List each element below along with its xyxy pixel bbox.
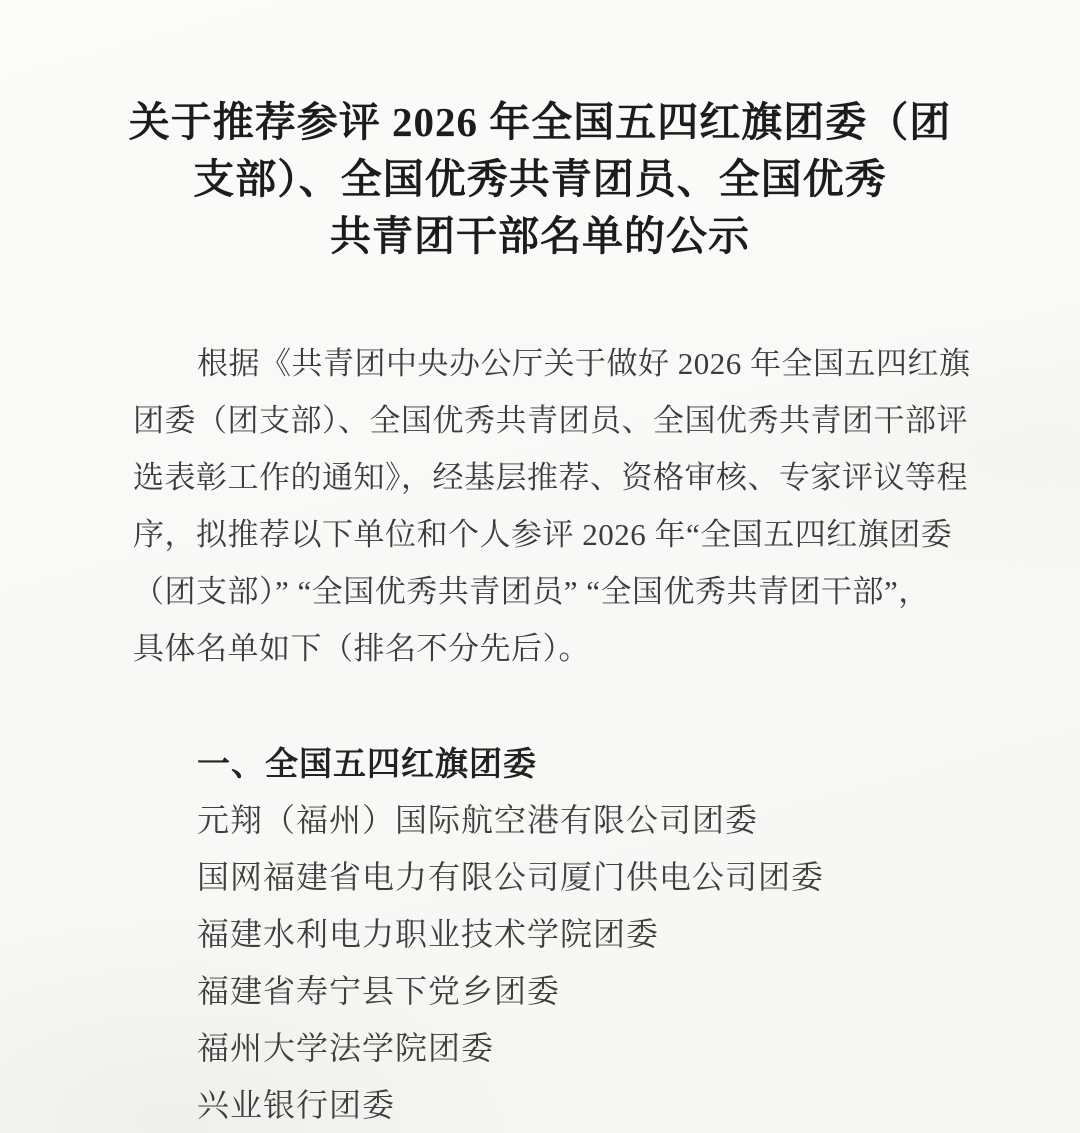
intro-paragraph-line-4: 序，拟推荐以下单位和个人参评 2026 年“全国五四红旗团委 bbox=[133, 506, 990, 563]
award-recipient-list: 元翔（福州）国际航空港有限公司团委 国网福建省电力有限公司厦门供电公司团委 福建… bbox=[133, 792, 990, 1133]
intro-paragraph-line-3: 选表彰工作的通知》，经基层推荐、资格审核、专家评议等程 bbox=[133, 449, 990, 506]
intro-paragraph: 根据《共青团中央办公厅关于做好 2026 年全国五四红旗 团委（团支部）、全国优… bbox=[133, 335, 990, 677]
list-item: 元翔（福州）国际航空港有限公司团委 bbox=[197, 792, 990, 849]
scanned-document-page: 关于推荐参评 2026 年全国五四红旗团委（团 支部）、全国优秀共青团员、全国优… bbox=[0, 0, 1080, 1133]
document-title: 关于推荐参评 2026 年全国五四红旗团委（团 支部）、全国优秀共青团员、全国优… bbox=[0, 0, 1080, 265]
intro-paragraph-line-1: 根据《共青团中央办公厅关于做好 2026 年全国五四红旗 bbox=[133, 335, 990, 392]
list-item: 福建省寿宁县下党乡团委 bbox=[197, 963, 990, 1020]
list-item: 福建水利电力职业技术学院团委 bbox=[197, 906, 990, 963]
document-title-line-1: 关于推荐参评 2026 年全国五四红旗团委（团 bbox=[0, 94, 1080, 151]
list-item: 国网福建省电力有限公司厦门供电公司团委 bbox=[197, 849, 990, 906]
list-item: 福州大学法学院团委 bbox=[197, 1020, 990, 1077]
intro-paragraph-line-2: 团委（团支部）、全国优秀共青团员、全国优秀共青团干部评 bbox=[133, 392, 990, 449]
document-body: 根据《共青团中央办公厅关于做好 2026 年全国五四红旗 团委（团支部）、全国优… bbox=[0, 335, 1080, 1133]
document-title-line-3: 共青团干部名单的公示 bbox=[0, 208, 1080, 265]
intro-paragraph-line-5: （团支部）” “全国优秀共青团员” “全国优秀共青团干部”， bbox=[133, 563, 990, 620]
intro-paragraph-line-6: 具体名单如下（排名不分先后）。 bbox=[133, 620, 990, 677]
document-title-line-2: 支部）、全国优秀共青团员、全国优秀 bbox=[0, 151, 1080, 208]
list-item: 兴业银行团委 bbox=[197, 1077, 990, 1133]
section-heading-national-red-flag-committee: 一、全国五四红旗团委 bbox=[133, 735, 990, 792]
